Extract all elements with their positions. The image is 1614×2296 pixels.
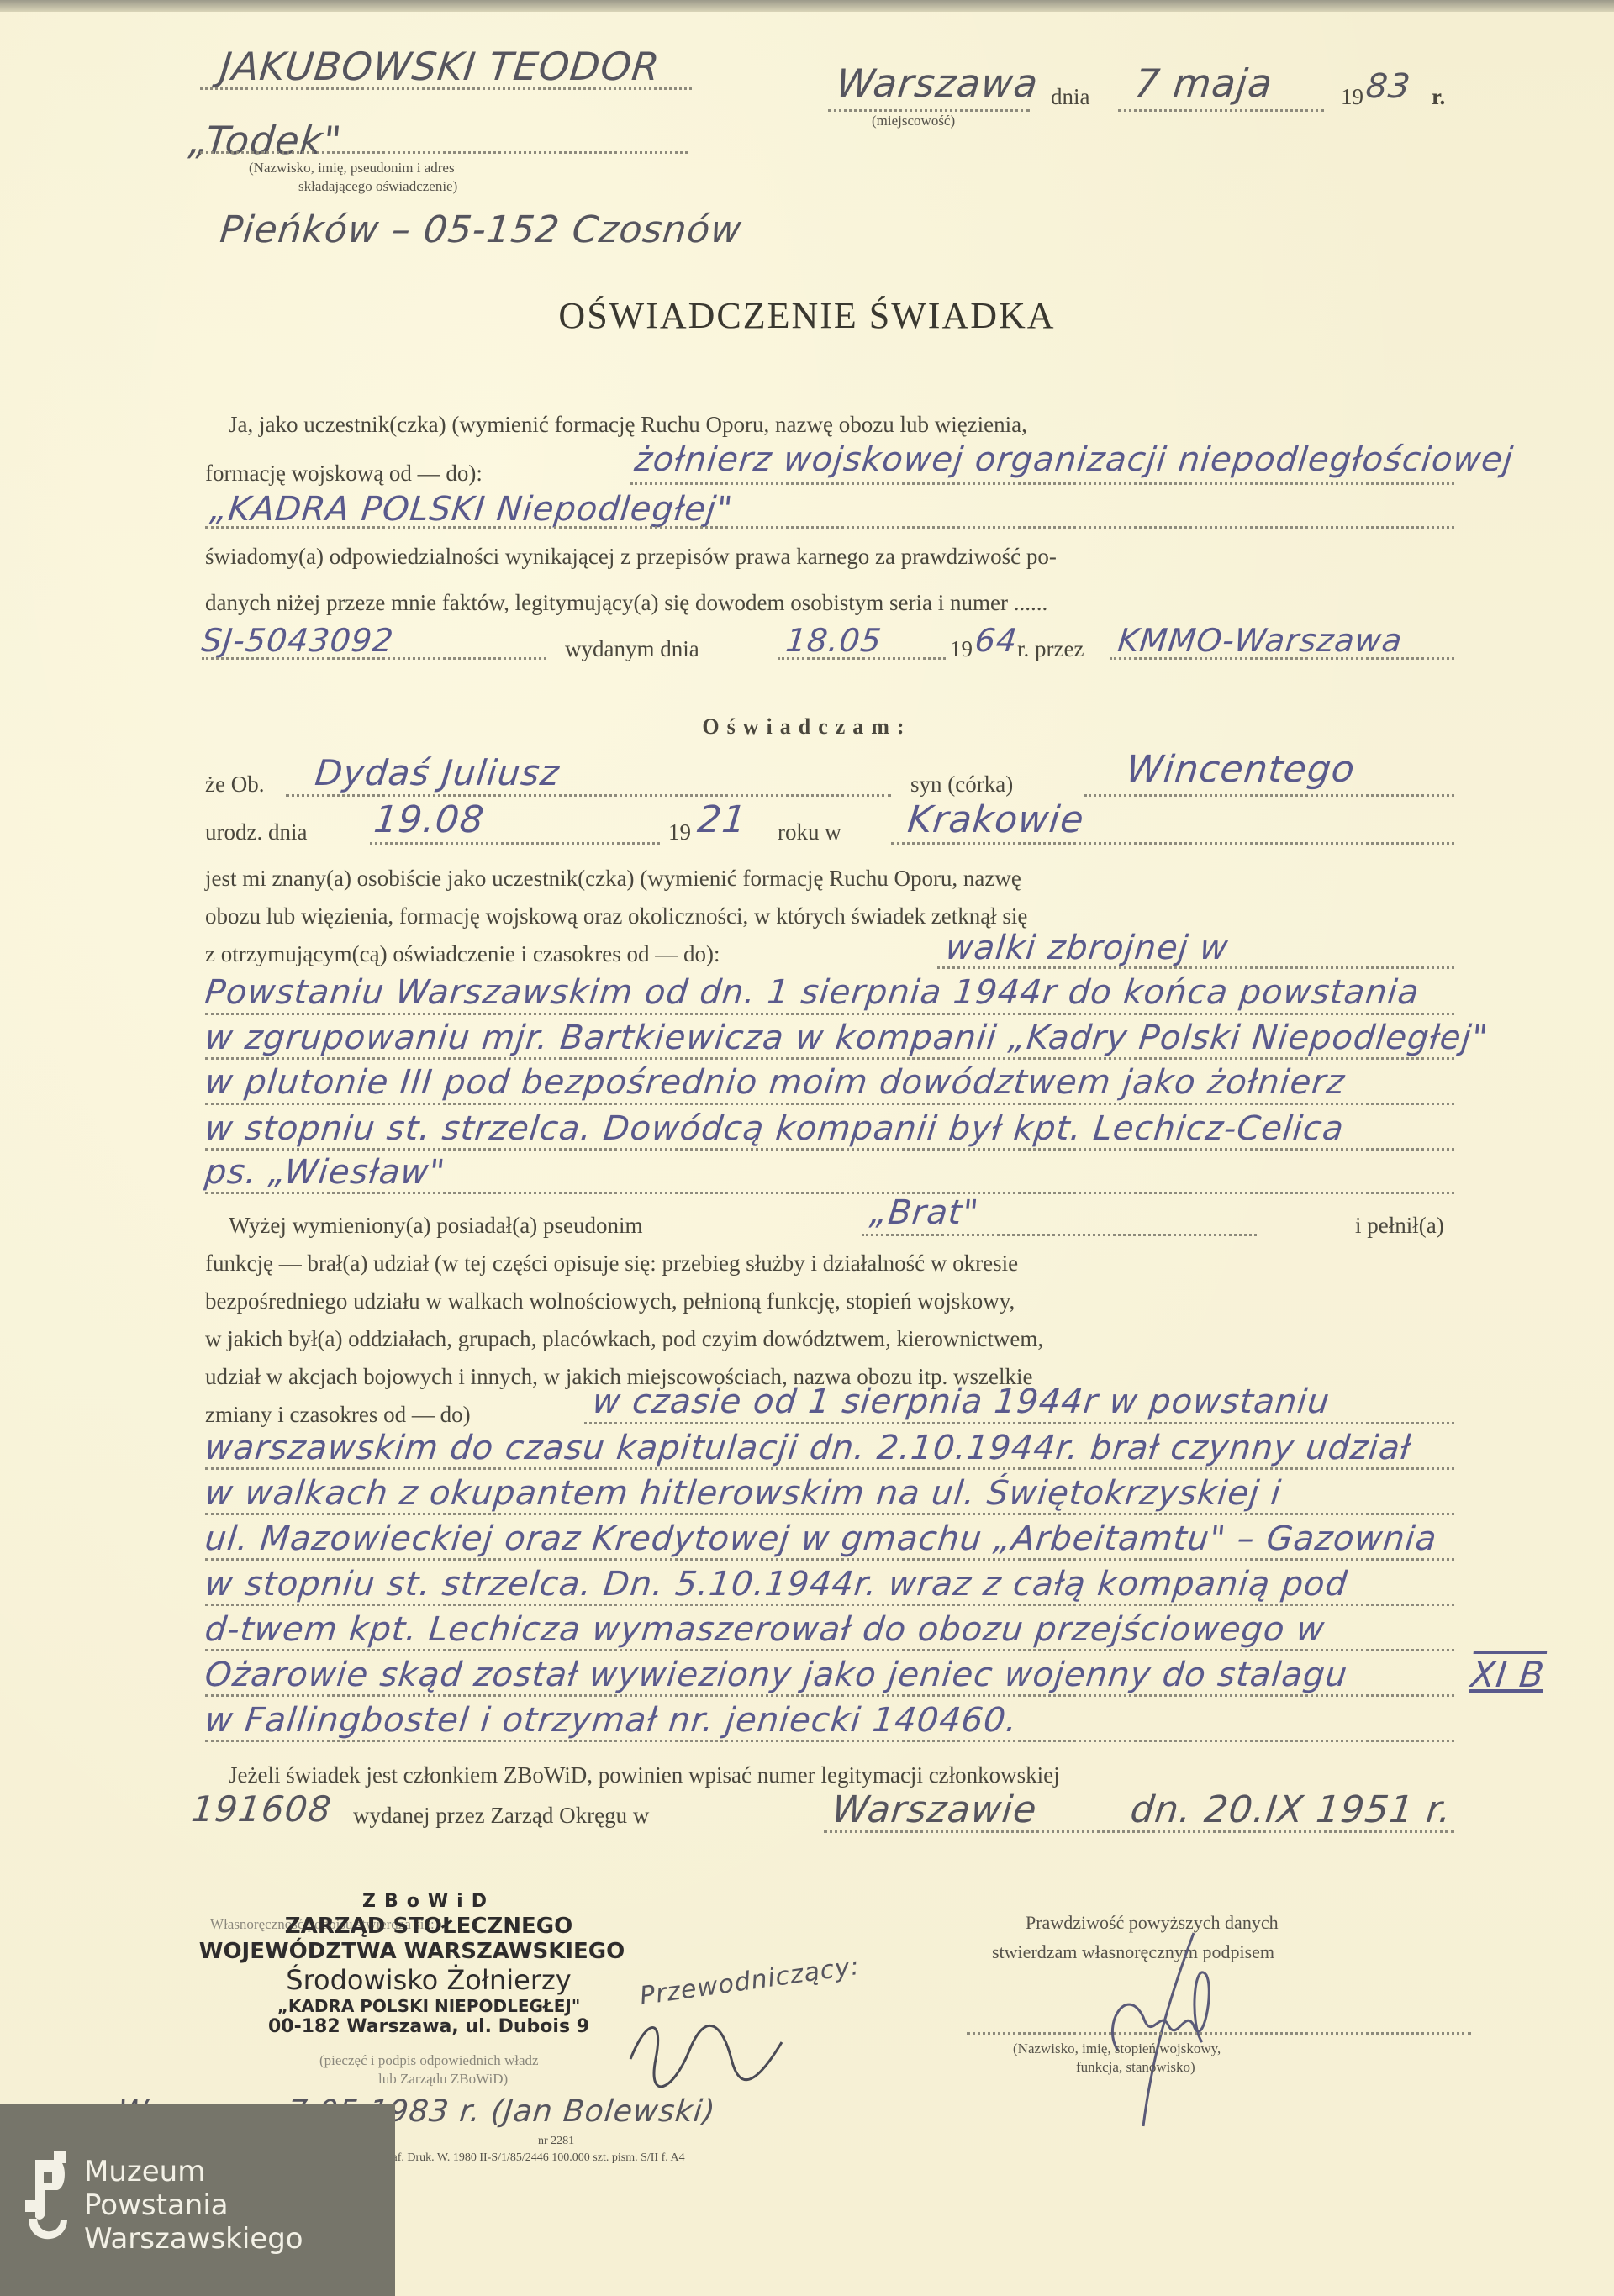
year-suffix: r. (1432, 84, 1445, 110)
formation-line (630, 482, 1454, 485)
id-number-line (202, 657, 546, 660)
formation-value: żołnierz wojskowej organizacji niepodleg… (633, 440, 1516, 479)
intro-line-5: danych niżej przeze mnie faktów, legitym… (205, 590, 1047, 616)
author-address: Pieńków – 05-152 Czosnów (218, 208, 744, 251)
stamp-signature (622, 2009, 790, 2101)
stamp-under-caption-2: (pieczęć i podpis odpowiednich władz (319, 2052, 539, 2069)
date-label: dnia (1051, 84, 1090, 110)
document-page: JAKUBOWSKI TEODOR „Todek" (Nazwisko, imi… (0, 0, 1614, 2296)
membership-number: 191608 (189, 1788, 333, 1830)
born-place: Krakowie (905, 798, 1086, 841)
issued-year: 64 (973, 622, 1020, 659)
known-value-0: walki zbrojnej w (944, 929, 1231, 967)
museum-name: Muzeum Powstania Warszawskiego (84, 2155, 303, 2256)
footer-print-1: nr 2281 (538, 2135, 574, 2148)
son-label: syn (córka) (910, 771, 1013, 798)
service-value-3: ul. Mazowieckiej oraz Kredytowej w gmach… (203, 1519, 1439, 1558)
known-line-dots-3 (205, 1103, 1454, 1105)
service-line-4 (205, 1604, 1454, 1606)
service-value-0: w czasie od 1 sierpnia 1944r w powstaniu (591, 1382, 1332, 1421)
place-value: Warszawa (834, 61, 1041, 106)
id-number: SJ-5043092 (200, 622, 396, 659)
father-name-line (1084, 794, 1454, 797)
issued-date: 18.05 (784, 622, 883, 659)
issued-by: KMMO-Warszawa (1116, 622, 1405, 659)
stalag-note: XI B (1469, 1654, 1546, 1695)
subject-name-line (286, 794, 891, 797)
intro-line-1: Ja, jako uczestnik(czka) (wymienić forma… (229, 412, 1027, 438)
born-label: urodz. dnia (205, 819, 307, 845)
museum-line-1: Muzeum (84, 2155, 303, 2188)
born-year-prefix: 19 (668, 819, 691, 845)
stamp-line-4: „KADRA POLSKI NIEPODLEGŁEJ" (168, 1996, 689, 2016)
formation-line-2 (205, 526, 1454, 529)
known-line-dots-2 (205, 1057, 1454, 1060)
declare-heading: Oświadczam: (0, 714, 1614, 740)
author-caption-2: składającego oświadczenie) (298, 178, 457, 195)
period-label: zmiany i czasokres od — do) (205, 1402, 471, 1428)
service-line-7 (205, 1740, 1454, 1742)
date-line (1118, 109, 1324, 112)
membership-line: Jeżeli świadek jest członkiem ZBoWiD, po… (229, 1762, 1060, 1788)
issued-label: wydanym dnia (565, 636, 699, 662)
born-place-label: roku w (778, 819, 841, 845)
witness-signature (1068, 1925, 1269, 2135)
page-title: OŚWIADCZENIE ŚWIADKA (0, 294, 1614, 337)
scan-edge (0, 0, 1614, 12)
issued-year-prefix: 19 (950, 636, 973, 662)
stamp-line-3: Środowisko Żołnierzy (168, 1964, 689, 1996)
year-value: 83 (1364, 67, 1413, 106)
date-value: 7 maja (1132, 61, 1275, 106)
service-line-0 (584, 1422, 1454, 1424)
pseudonym-value: „Brat" (868, 1193, 981, 1232)
service-line-5 (205, 1649, 1454, 1651)
formation-value-2: „KADRA POLSKI Niepodległej" (208, 490, 735, 529)
membership-issued-label: wydanej przez Zarząd Okręgu w (353, 1803, 649, 1829)
stamp-line-5: 00-182 Warszawa, ul. Dubois 9 (168, 2016, 689, 2037)
known-line-3: z otrzymującym(cą) oświadczenie i czasok… (205, 941, 720, 967)
intro-line-4: świadomy(a) odpowiedzialności wynikające… (205, 544, 1057, 570)
known-value-1: Powstaniu Warszawskim od dn. 1 sierpnia … (203, 973, 1421, 1012)
year-prefix: 19 (1341, 84, 1363, 110)
service-line-3 (205, 1558, 1454, 1561)
issued-by-label: r. przez (1017, 636, 1084, 662)
service-value-6: Ożarowie skąd został wywieziony jako jen… (203, 1656, 1350, 1694)
desc-line-1: bezpośredniego udziału w walkach wolnośc… (205, 1288, 1015, 1314)
known-value-3: w plutonie III pod bezpośrednio moim dow… (203, 1063, 1348, 1102)
known-value-2: w zgrupowaniu mjr. Bartkiewicza w kompan… (203, 1019, 1490, 1057)
author-name: JAKUBOWSKI TEODOR (218, 44, 662, 89)
subject-name: Dydaś Juliusz (313, 752, 562, 793)
place-line (828, 109, 1030, 112)
place-caption: (miejscowość) (872, 113, 955, 129)
issued-by-line (1110, 657, 1454, 660)
stamp-under-caption-3: lub Zarządu ZBoWiD) (378, 2071, 508, 2088)
desc-line-2: w jakich był(a) oddziałach, grupach, pla… (205, 1326, 1043, 1352)
ob-label: że Ob. (205, 771, 264, 798)
known-line-2: obozu lub więzienia, formację wojskową o… (205, 903, 1027, 929)
verify-signature-line (967, 2032, 1471, 2035)
author-pseudonym: „Todek" (187, 118, 344, 163)
museum-line-2: Powstania (84, 2188, 303, 2222)
known-value-5: ps. „Wiesław" (203, 1153, 448, 1192)
pseudonym-label: Wyżej wymieniony(a) posiadał(a) pseudoni… (229, 1213, 642, 1239)
stamp-line-0: ZBoWiD (168, 1891, 689, 1912)
known-line-dots-4 (205, 1148, 1454, 1151)
membership-place: Warszawie (830, 1788, 1039, 1831)
stamp-line-2: WOJEWÓDZTWA WARSZAWSKIEGO (134, 1939, 689, 1964)
born-year: 21 (695, 798, 748, 841)
desc-line-0: funkcję — brał(a) udział (w tej części o… (205, 1251, 1018, 1277)
service-value-5: d-twem kpt. Lechicza wymaszerował do obo… (203, 1610, 1327, 1649)
issued-date-line (778, 657, 946, 660)
born-place-line (891, 842, 1454, 845)
pseudonym-suffix: i pełnił(a) (1355, 1213, 1444, 1239)
known-line-dots-5 (205, 1192, 1454, 1194)
service-line-6 (205, 1694, 1454, 1697)
known-line-1: jest mi znany(a) osobiście jako uczestni… (205, 866, 1021, 892)
pseudonym-line (862, 1234, 1257, 1236)
service-value-7: w Fallingbostel i otrzymał nr. jeniecki … (203, 1701, 1020, 1740)
service-value-1: warszawskim do czasu kapitulacji dn. 2.1… (203, 1429, 1413, 1467)
author-pseudonym-line (200, 151, 688, 154)
museum-line-3: Warszawskiego (84, 2222, 303, 2256)
stamp-line-1: ZARZĄD STOŁECZNEGO (168, 1914, 689, 1939)
verify-caption-2: funkcja, stanowisko) (1076, 2059, 1195, 2076)
verify-caption-1: (Nazwisko, imię, stopień wojskowy, (1013, 2041, 1221, 2057)
membership-line-dots (824, 1830, 1454, 1833)
author-name-line (200, 87, 692, 90)
membership-date: dn. 20.IX 1951 r. (1128, 1788, 1453, 1831)
author-caption-1: (Nazwisko, imię, pseudonim i adres (249, 160, 455, 176)
kotwica-icon (24, 2151, 74, 2252)
museum-logo-box: Muzeum Powstania Warszawskiego (0, 2104, 395, 2296)
born-date: 19.08 (372, 798, 486, 841)
service-line-2 (205, 1513, 1454, 1515)
service-value-4: w stopniu st. strzelca. Dn. 5.10.1944r. … (203, 1565, 1350, 1604)
service-line-1 (205, 1467, 1454, 1470)
footer-print-2: WZGraf. Druk. W. 1980 II-S/1/85/2446 100… (361, 2151, 685, 2165)
born-date-line (370, 842, 660, 845)
service-value-2: w walkach z okupantem hitlerowskim na ul… (203, 1474, 1284, 1513)
father-name: Wincentego (1124, 748, 1357, 791)
known-value-4: w stopniu st. strzelca. Dowódcą kompanii… (203, 1109, 1347, 1148)
known-line-dots-0 (937, 966, 1454, 969)
known-line-dots-1 (205, 1013, 1454, 1015)
intro-line-2-label: formację wojskową od — do): (205, 461, 483, 487)
zbowid-stamp: ZBoWiD ZARZĄD STOŁECZNEGO WOJEWÓDZTWA WA… (168, 1891, 689, 2037)
